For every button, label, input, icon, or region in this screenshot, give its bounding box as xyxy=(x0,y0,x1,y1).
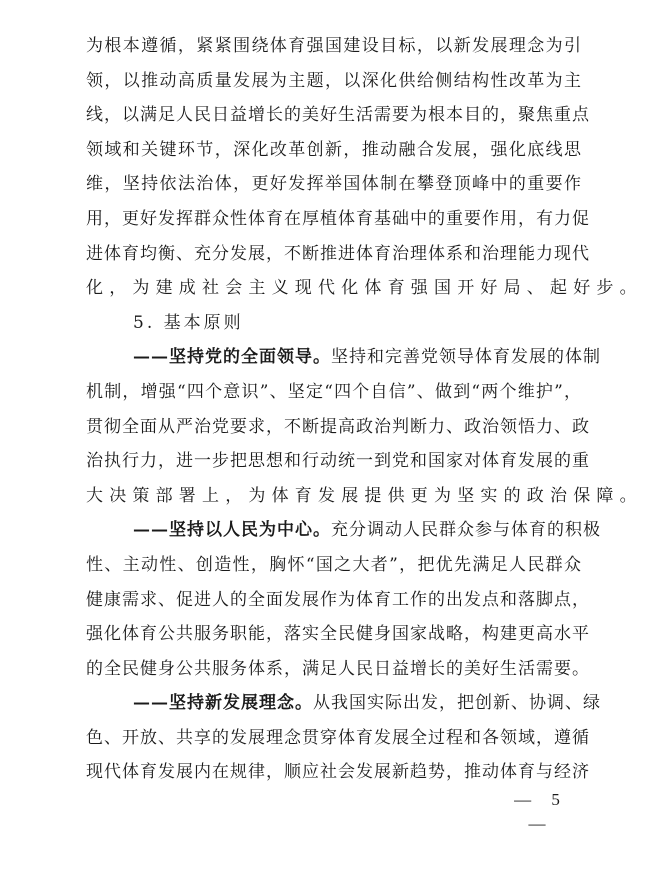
text-line: 强化体育公共服务职能，落实全民健身国家战略，构建更高水平 xyxy=(86,617,582,652)
text-line: 进体育均衡、充分发展，不断推进体育治理体系和治理能力现代 xyxy=(86,237,582,272)
text-line: 化，为建成社会主义现代化体育强国开好局、起好步。 xyxy=(86,271,582,306)
principle-party-leadership: ——坚持党的全面领导。坚持和完善党领导体育发展的体制 机制，增强“四个意识”、坚… xyxy=(86,340,582,513)
text-line: 机制，增强“四个意识”、坚定“四个自信”、做到“两个维护”， xyxy=(86,375,582,410)
text-line: 线，以满足人民日益增长的美好生活需要为根本目的，聚焦重点 xyxy=(86,98,582,133)
principle-first-line: ——坚持新发展理念。从我国实际出发，把创新、协调、绿 xyxy=(86,686,582,721)
principle-title: ——坚持以人民为中心。 xyxy=(133,520,331,540)
section-heading: 5. 基本原则 xyxy=(86,306,582,341)
text-line: 的全民健身公共服务体系，满足人民日益增长的美好生活需要。 xyxy=(86,652,582,687)
text-line: 贯彻全面从严治党要求，不断提高政治判断力、政治领悟力、政 xyxy=(86,410,582,445)
page-number: — 5 — xyxy=(496,788,586,836)
text-line: 大决策部署上，为体育发展提供更为坚实的政治保障。 xyxy=(86,479,582,514)
principle-new-development-philosophy: ——坚持新发展理念。从我国实际出发，把创新、协调、绿 色、开放、共享的发展理念贯… xyxy=(86,686,582,790)
principle-title: ——坚持新发展理念。 xyxy=(133,693,313,713)
text-line: 维，坚持依法治体，更好发挥举国体制在攀登顶峰中的重要作 xyxy=(86,167,582,202)
principle-text: 充分调动人民群众参与体育的积极 xyxy=(331,520,601,540)
text-line: 性、主动性、创造性，胸怀“国之大者”，把优先满足人民群众 xyxy=(86,548,582,583)
document-page: 为根本遵循，紧紧围绕体育强国建设目标，以新发展理念为引 领，以推动高质量发展为主… xyxy=(0,0,664,870)
principle-first-line: ——坚持党的全面领导。坚持和完善党领导体育发展的体制 xyxy=(86,340,582,375)
document-body: 为根本遵循，紧紧围绕体育强国建设目标，以新发展理念为引 领，以推动高质量发展为主… xyxy=(86,29,582,790)
text-line: 领，以推动高质量发展为主题，以深化供给侧结构性改革为主 xyxy=(86,64,582,99)
principle-title: ——坚持党的全面领导。 xyxy=(133,347,331,367)
principle-text: 坚持和完善党领导体育发展的体制 xyxy=(331,347,601,367)
text-line: 用，更好发挥群众性体育在厚植体育基础中的重要作用，有力促 xyxy=(86,202,582,237)
principle-people-centered: ——坚持以人民为中心。充分调动人民群众参与体育的积极 性、主动性、创造性，胸怀“… xyxy=(86,513,582,686)
paragraph-guiding-ideology: 为根本遵循，紧紧围绕体育强国建设目标，以新发展理念为引 领，以推动高质量发展为主… xyxy=(86,29,582,306)
principle-first-line: ——坚持以人民为中心。充分调动人民群众参与体育的积极 xyxy=(86,513,582,548)
text-line: 健康需求、促进人的全面发展作为体育工作的出发点和落脚点， xyxy=(86,583,582,618)
text-line: 现代体育发展内在规律，顺应社会发展新趋势，推动体育与经济 xyxy=(86,755,582,790)
text-line: 治执行力，进一步把思想和行动统一到党和国家对体育发展的重 xyxy=(86,444,582,479)
text-line: 色、开放、共享的发展理念贯穿体育发展全过程和各领域，遵循 xyxy=(86,721,582,756)
text-line: 为根本遵循，紧紧围绕体育强国建设目标，以新发展理念为引 xyxy=(86,29,582,64)
principle-text: 从我国实际出发，把创新、协调、绿 xyxy=(313,693,601,713)
text-line: 领域和关键环节，深化改革创新，推动融合发展，强化底线思 xyxy=(86,133,582,168)
